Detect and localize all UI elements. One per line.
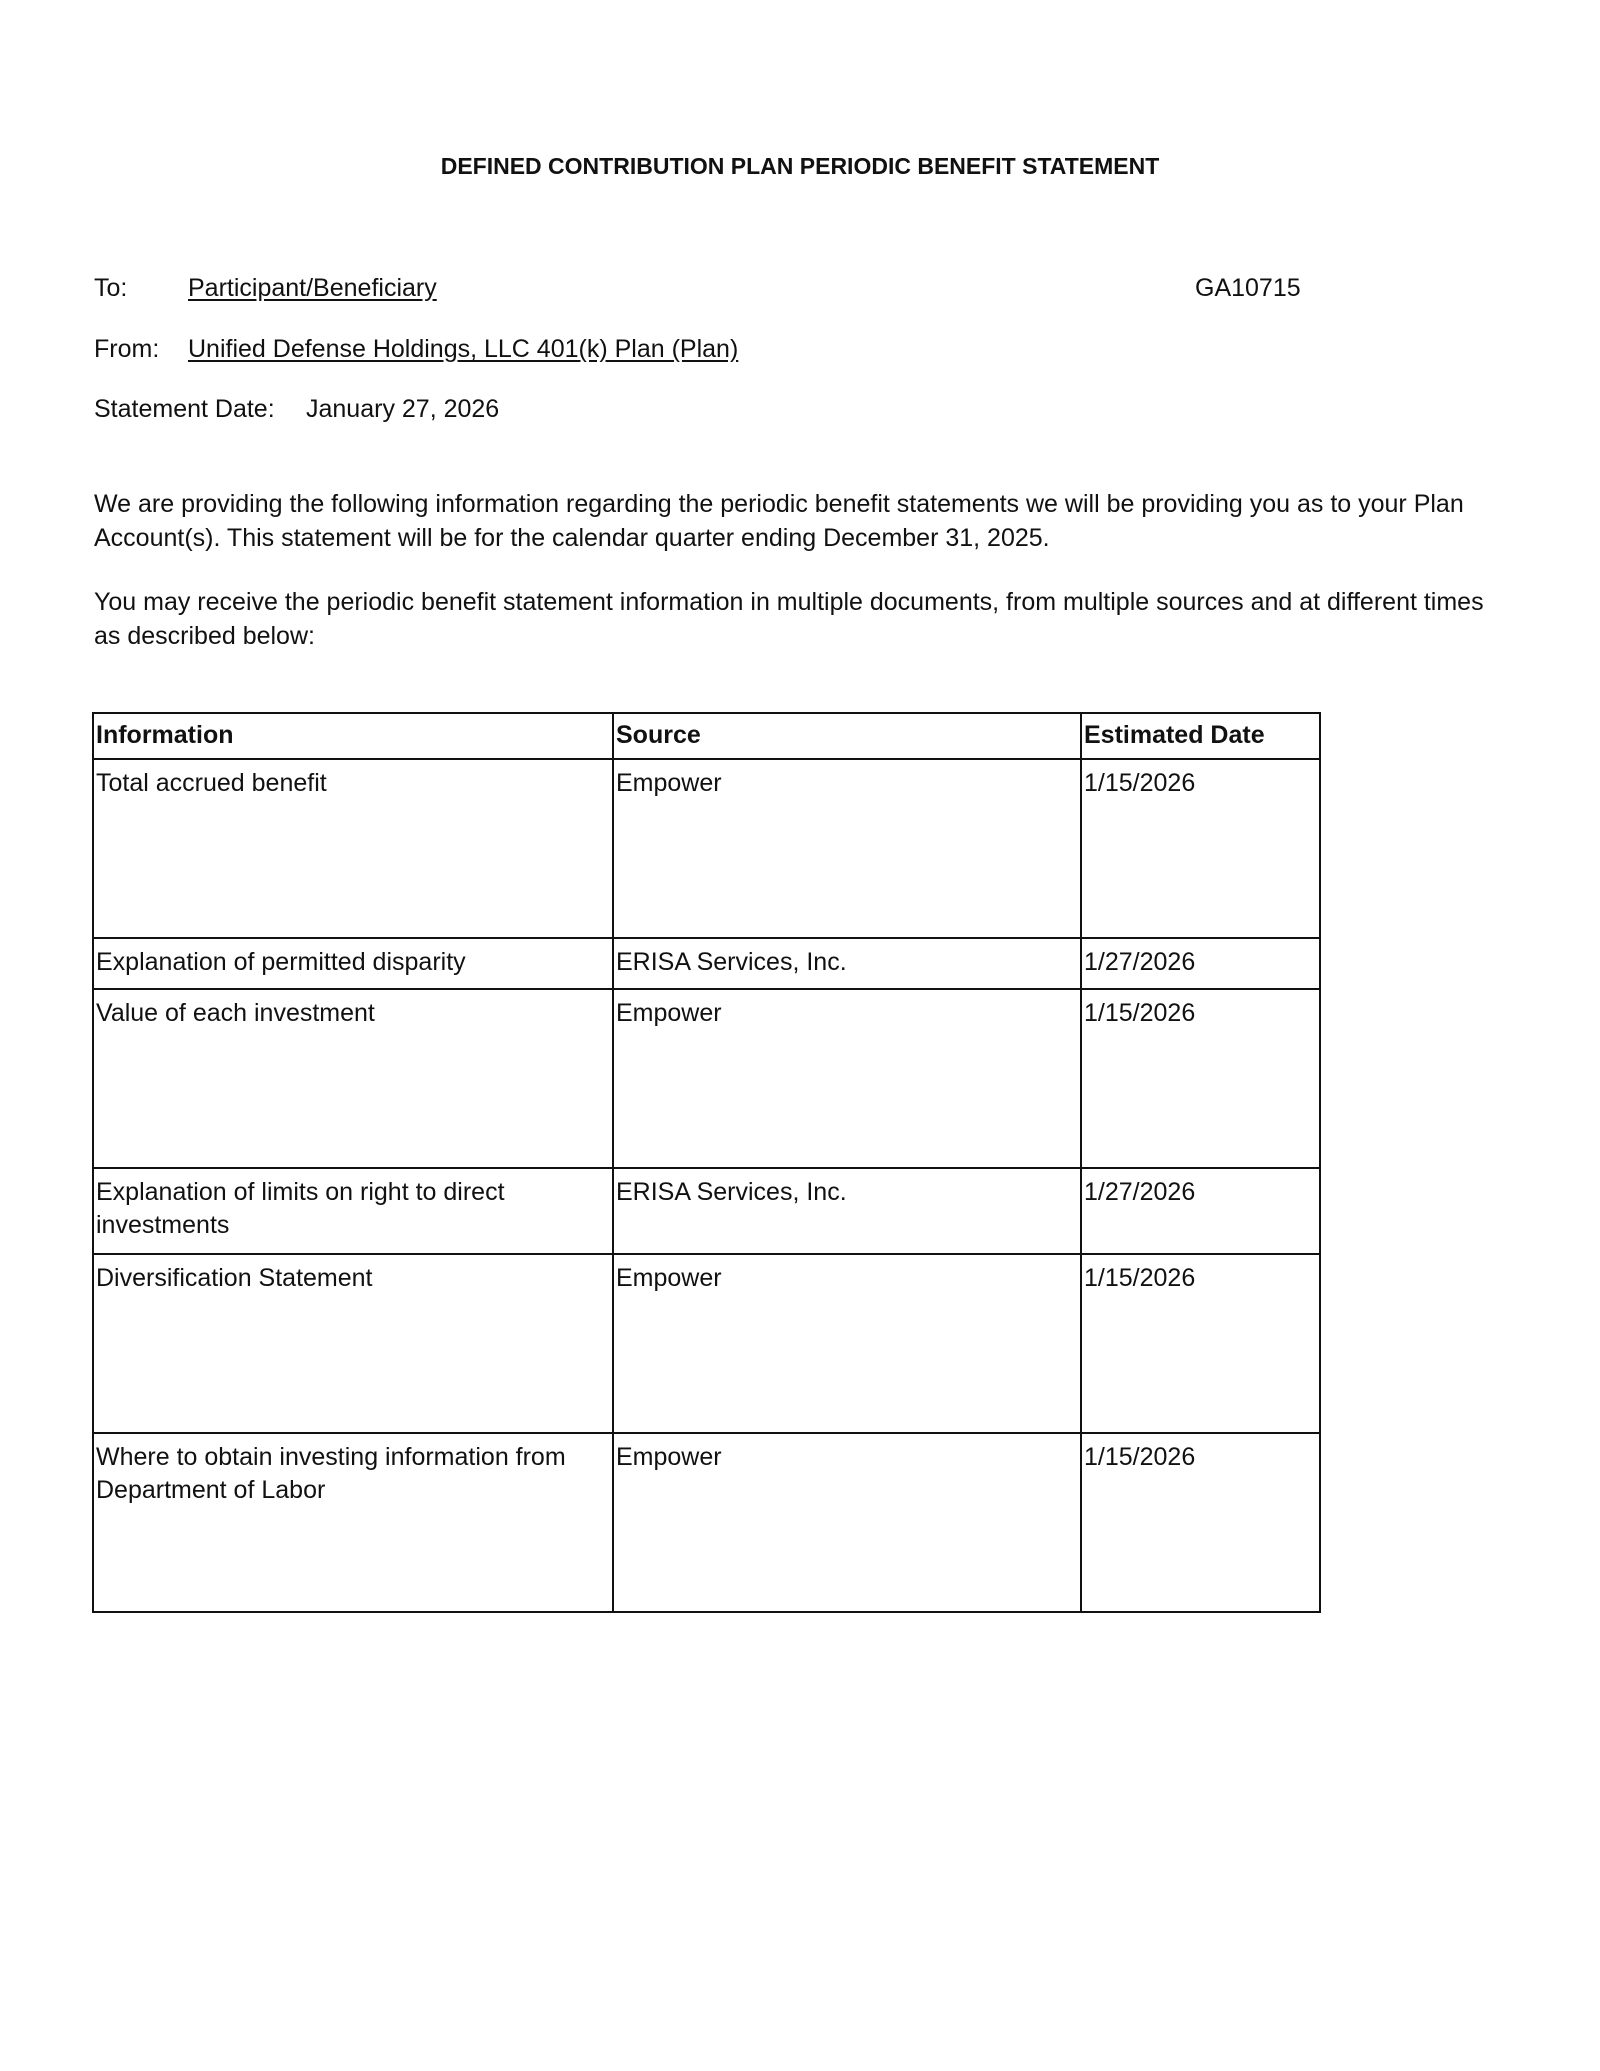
cell-source: ERISA Services, Inc. (613, 938, 1081, 989)
cell-information: Diversification Statement (93, 1254, 613, 1433)
to-label: To: (94, 274, 188, 303)
benefit-information-table: Information Source Estimated Date Total … (92, 712, 1321, 1613)
table-header-row: Information Source Estimated Date (93, 713, 1320, 759)
document-title: DEFINED CONTRIBUTION PLAN PERIODIC BENEF… (0, 153, 1600, 180)
statement-date-label: Statement Date: (94, 395, 306, 424)
cell-date: 1/27/2026 (1081, 938, 1320, 989)
to-value: Participant/Beneficiary (188, 274, 437, 302)
sources-paragraph: You may receive the periodic benefit sta… (94, 586, 1514, 653)
cell-source: Empower (613, 989, 1081, 1168)
table-row: Total accrued benefit Empower 1/15/2026 (93, 759, 1320, 938)
cell-source: Empower (613, 1254, 1081, 1433)
table-row: Diversification Statement Empower 1/15/2… (93, 1254, 1320, 1433)
header-estimated-date: Estimated Date (1081, 713, 1320, 759)
header-source: Source (613, 713, 1081, 759)
table-row: Explanation of permitted disparity ERISA… (93, 938, 1320, 989)
cell-date: 1/15/2026 (1081, 1433, 1320, 1612)
cell-information: Total accrued benefit (93, 759, 613, 938)
cell-source: ERISA Services, Inc. (613, 1168, 1081, 1254)
table-row: Value of each investment Empower 1/15/20… (93, 989, 1320, 1168)
cell-source: Empower (613, 1433, 1081, 1612)
statement-date-value: January 27, 2026 (306, 395, 499, 423)
cell-information: Explanation of permitted disparity (93, 938, 613, 989)
cell-information: Where to obtain investing information fr… (93, 1433, 613, 1612)
cell-date: 1/15/2026 (1081, 759, 1320, 938)
cell-information: Value of each investment (93, 989, 613, 1168)
cell-date: 1/15/2026 (1081, 989, 1320, 1168)
plan-id: GA10715 (1195, 274, 1301, 303)
header-information: Information (93, 713, 613, 759)
statement-date-line: Statement Date:January 27, 2026 (94, 395, 499, 424)
cell-date: 1/27/2026 (1081, 1168, 1320, 1254)
from-line: From:Unified Defense Holdings, LLC 401(k… (94, 335, 738, 364)
to-line: To:Participant/Beneficiary (94, 274, 437, 303)
from-value: Unified Defense Holdings, LLC 401(k) Pla… (188, 335, 738, 363)
cell-source: Empower (613, 759, 1081, 938)
from-label: From: (94, 335, 188, 364)
intro-paragraph: We are providing the following informati… (94, 488, 1514, 555)
cell-information: Explanation of limits on right to direct… (93, 1168, 613, 1254)
table-row: Where to obtain investing information fr… (93, 1433, 1320, 1612)
table-row: Explanation of limits on right to direct… (93, 1168, 1320, 1254)
cell-date: 1/15/2026 (1081, 1254, 1320, 1433)
